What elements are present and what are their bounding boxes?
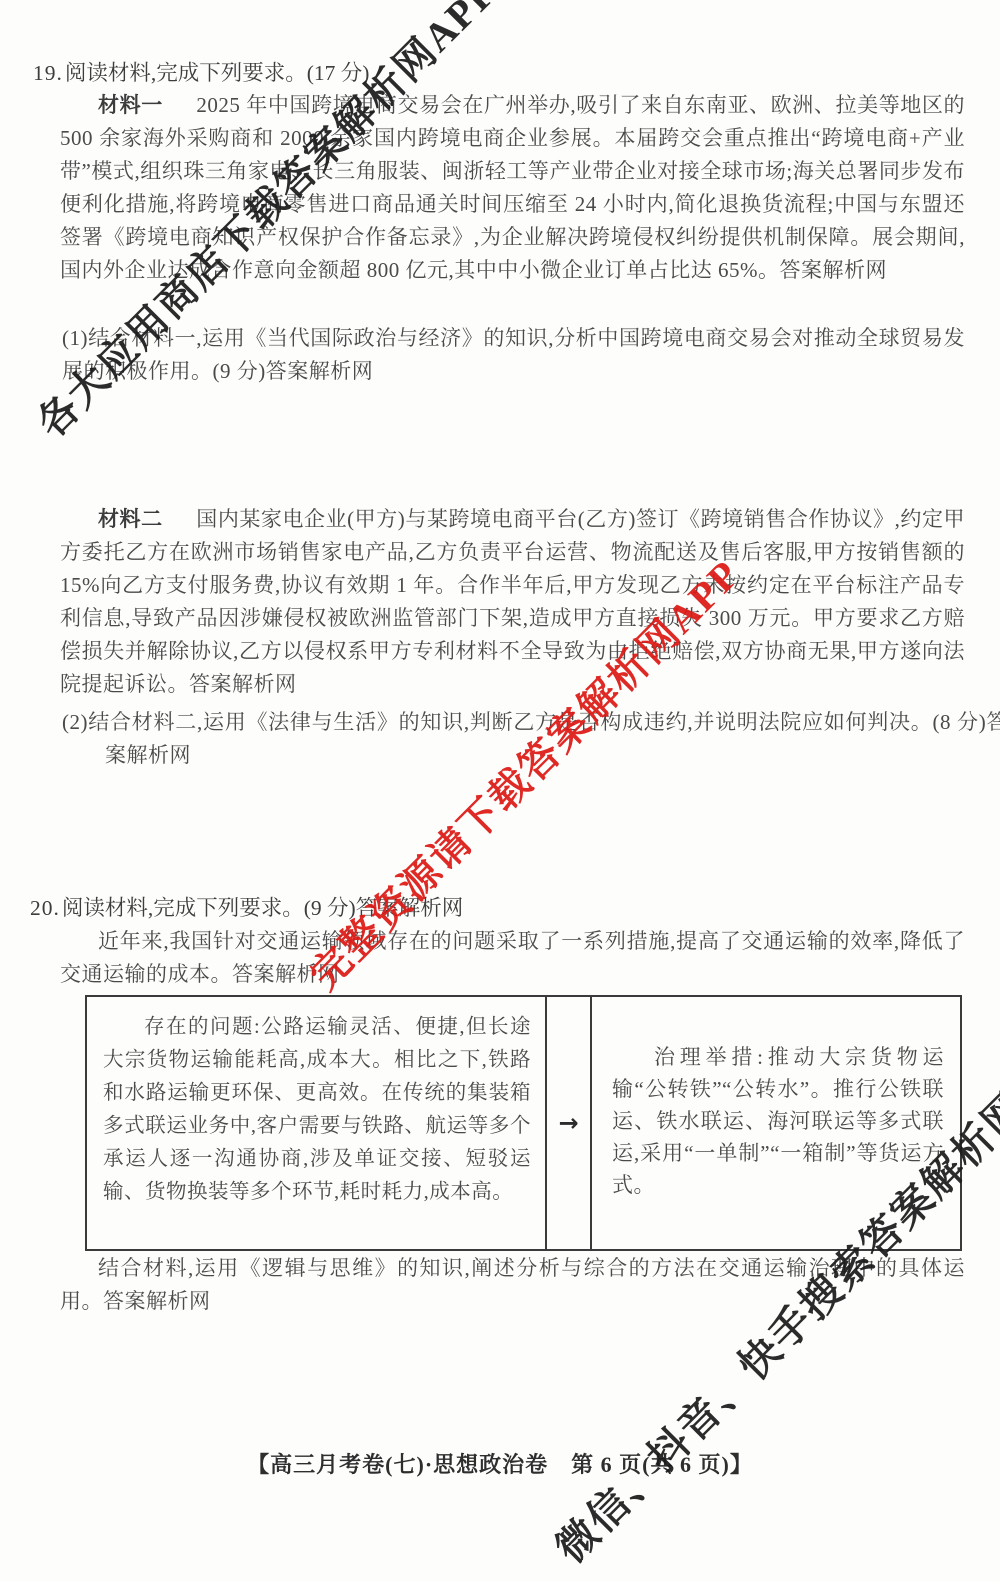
flow-table: 存在的问题:公路运输灵活、便捷,但长途大宗货物运输能耗高,成本大。相比之下,铁路…: [85, 995, 962, 1251]
question-20-stem-text: 阅读材料,完成下列要求。(9 分)答案解析网: [62, 896, 463, 920]
sub-question-1: (1)结合材料一,运用《当代国际政治与经济》的知识,分析中国跨境电商交易会对推动…: [62, 322, 965, 388]
question-20-task: 结合材料,运用《逻辑与思维》的知识,阐述分析与综合的方法在交通运输治理中的具体运…: [60, 1252, 965, 1318]
material-two-label: 材料二: [98, 507, 163, 531]
material-one-text: 2025 年中国跨境电商交易会在广州举办,吸引了来自东南亚、欧洲、拉美等地区的 …: [60, 93, 965, 282]
material-one-label: 材料一: [98, 93, 163, 117]
material-two-paragraph: 材料二国内某家电企业(甲方)与某跨境电商平台(乙方)签订《跨境销售合作协议》,约…: [60, 503, 965, 701]
flow-table-arrow-cell: →: [545, 997, 592, 1249]
question-19-stem: 19.阅读材料,完成下列要求。(17 分): [33, 58, 369, 88]
sub-question-2: (2)结合材料二,运用《法律与生活》的知识,判断乙方是否构成违约,并说明法院应如…: [62, 706, 1000, 772]
question-20-stem: 20.阅读材料,完成下列要求。(9 分)答案解析网: [30, 893, 463, 923]
question-20-intro: 近年来,我国针对交通运输领域存在的问题采取了一系列措施,提高了交通运输的效率,降…: [60, 925, 965, 991]
flow-table-measures-cell: 治理举措:推动大宗货物运输“公转铁”“公转水”。推行公铁联运、铁水联运、海河联运…: [592, 997, 960, 1249]
question-19-number: 19.: [33, 61, 63, 85]
page-footer: 【高三月考卷(七)·思想政治卷 第 6 页(共 6 页)】: [0, 1448, 1000, 1479]
material-two-text: 国内某家电企业(甲方)与某跨境电商平台(乙方)签订《跨境销售合作协议》,约定甲方…: [60, 507, 965, 696]
question-20-number: 20.: [30, 896, 60, 920]
right-arrow-icon: →: [558, 1109, 578, 1137]
exam-page: 19.阅读材料,完成下列要求。(17 分) 材料一2025 年中国跨境电商交易会…: [0, 0, 1000, 1582]
material-one-paragraph: 材料一2025 年中国跨境电商交易会在广州举办,吸引了来自东南亚、欧洲、拉美等地…: [60, 89, 965, 287]
flow-table-problem-cell: 存在的问题:公路运输灵活、便捷,但长途大宗货物运输能耗高,成本大。相比之下,铁路…: [87, 997, 545, 1249]
question-19-stem-text: 阅读材料,完成下列要求。(17 分): [65, 61, 370, 85]
